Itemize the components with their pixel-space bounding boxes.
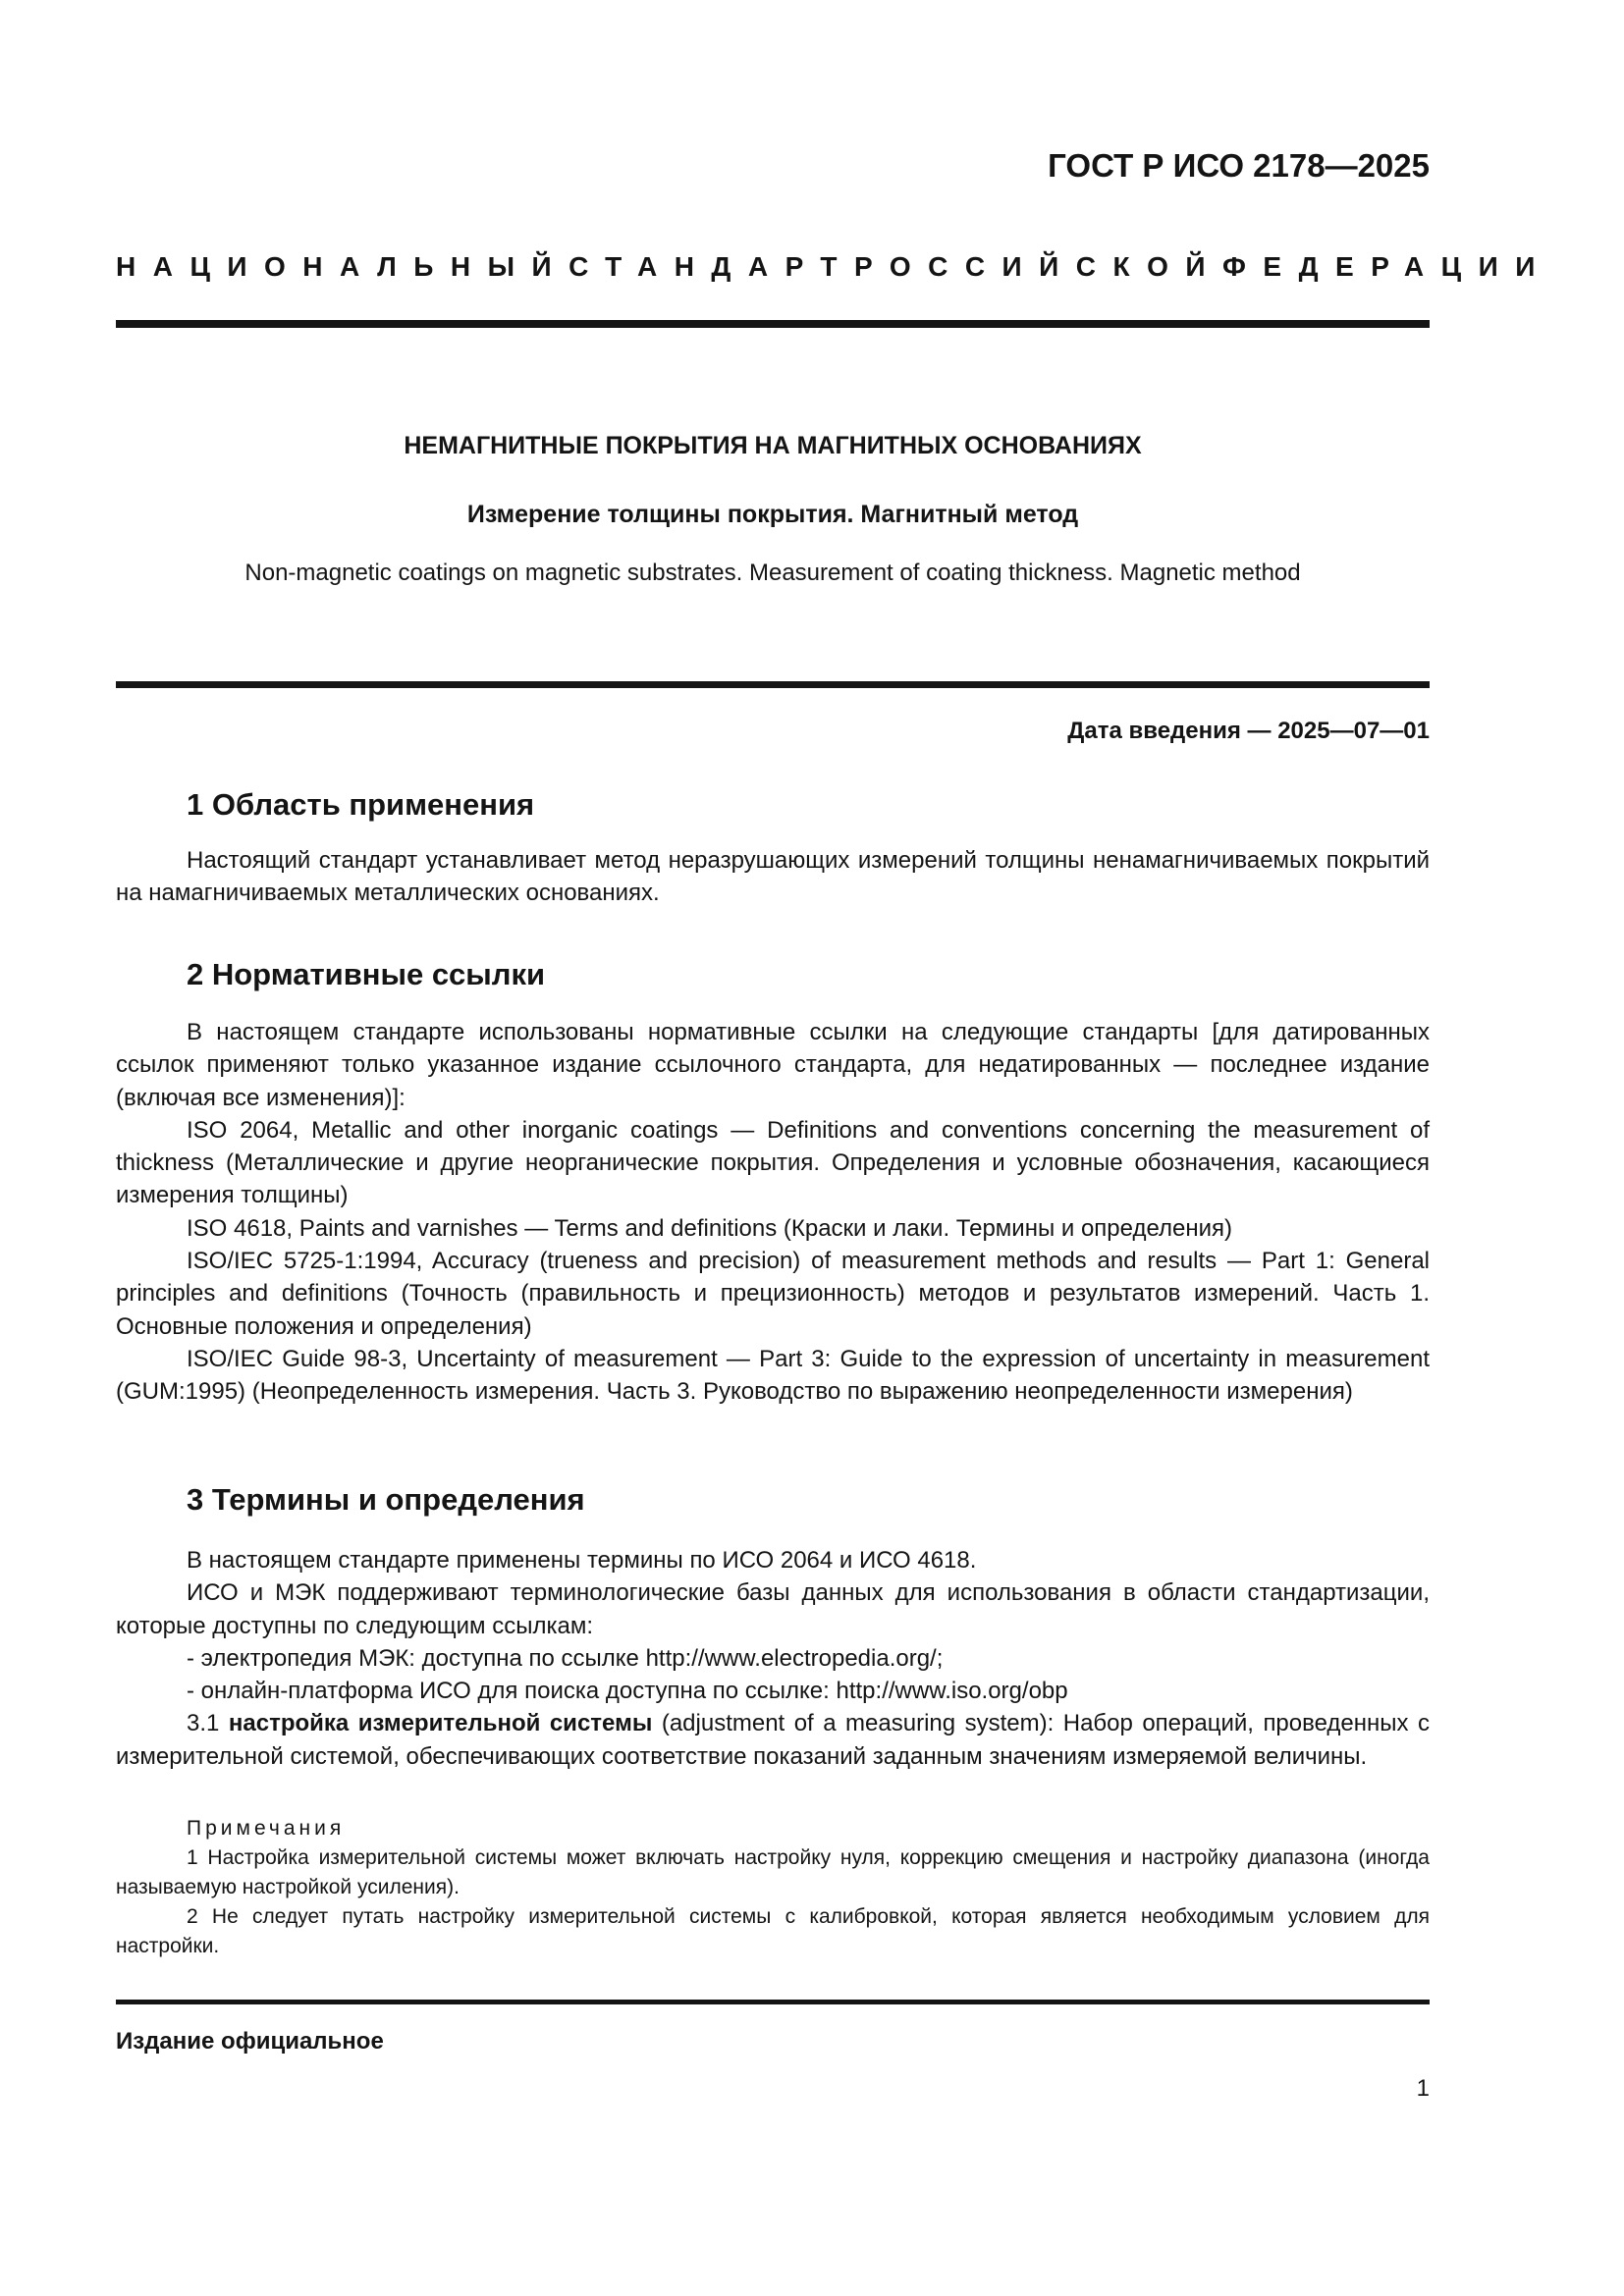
- section-scope-body: Настоящий стандарт устанавливает метод н…: [116, 844, 1430, 910]
- reference-item: ISO 2064, Metallic and other inorganic c…: [116, 1114, 1430, 1212]
- national-standard-banner: НАЦИОНАЛЬНЫЙ СТАНДАРТ РОССИЙСКОЙ ФЕДЕРАЦ…: [116, 251, 1430, 283]
- footer-divider: [116, 2000, 1430, 2004]
- link-item-electropedia: - электропедия МЭК: доступна по ссылке h…: [116, 1642, 1430, 1675]
- paragraph: Настоящий стандарт устанавливает метод н…: [116, 844, 1430, 910]
- reference-item: ISO 4618, Paints and varnishes — Terms a…: [116, 1212, 1430, 1245]
- notes-heading: Примечания: [116, 1814, 1430, 1843]
- page-number: 1: [1417, 2075, 1430, 2103]
- term-name: настройка измерительной системы: [229, 1710, 652, 1736]
- reference-item: ISO/IEC 5725-1:1994, Accuracy (trueness …: [116, 1245, 1430, 1343]
- term-number: 3.1: [187, 1710, 219, 1736]
- document-title: НЕМАГНИТНЫЕ ПОКРЫТИЯ НА МАГНИТНЫХ ОСНОВА…: [116, 432, 1430, 460]
- document-page: ГОСТ Р ИСО 2178—2025 НАЦИОНАЛЬНЫЙ СТАНДА…: [116, 0, 1430, 2296]
- document-title-english: Non-magnetic coatings on magnetic substr…: [116, 560, 1430, 587]
- banner-word: СТАНДАРТ: [568, 251, 854, 283]
- banner-word: ФЕДЕРАЦИИ: [1222, 251, 1552, 283]
- paragraph: В настоящем стандарте применены термины …: [116, 1544, 1430, 1576]
- section-terms-definitions-body: В настоящем стандарте применены термины …: [116, 1544, 1430, 1773]
- banner-word: РОССИЙСКОЙ: [854, 251, 1222, 283]
- paragraph: ИСО и МЭК поддерживают терминологические…: [116, 1576, 1430, 1642]
- banner-word: НАЦИОНАЛЬНЫЙ: [116, 251, 568, 283]
- section-heading-terms-definitions: 3 Термины и определения: [187, 1482, 585, 1518]
- section-heading-scope: 1 Область применения: [187, 787, 534, 823]
- link-item-iso-obp: - онлайн-платформа ИСО для поиска доступ…: [116, 1675, 1430, 1707]
- paragraph: В настоящем стандарте использованы норма…: [116, 1016, 1430, 1114]
- standard-number: ГОСТ Р ИСО 2178—2025: [1048, 147, 1430, 185]
- reference-item: ISO/IEC Guide 98-3, Uncertainty of measu…: [116, 1343, 1430, 1409]
- official-edition-label: Издание официальное: [116, 2028, 384, 2056]
- title-divider: [116, 681, 1430, 688]
- term-definition: 3.1 настройка измерительной системы (adj…: [116, 1707, 1430, 1773]
- notes-block: Примечания 1 Настройка измерительной сис…: [116, 1814, 1430, 1961]
- header-divider: [116, 320, 1430, 328]
- note-item: 1 Настройка измерительной системы может …: [116, 1843, 1430, 1902]
- section-normative-references-body: В настоящем стандарте использованы норма…: [116, 1016, 1430, 1409]
- note-item: 2 Не следует путать настройку измеритель…: [116, 1902, 1430, 1961]
- document-subtitle: Измерение толщины покрытия. Магнитный ме…: [116, 501, 1430, 529]
- section-heading-normative-references: 2 Нормативные ссылки: [187, 957, 545, 992]
- introduction-date: Дата введения — 2025—07—01: [1067, 718, 1430, 745]
